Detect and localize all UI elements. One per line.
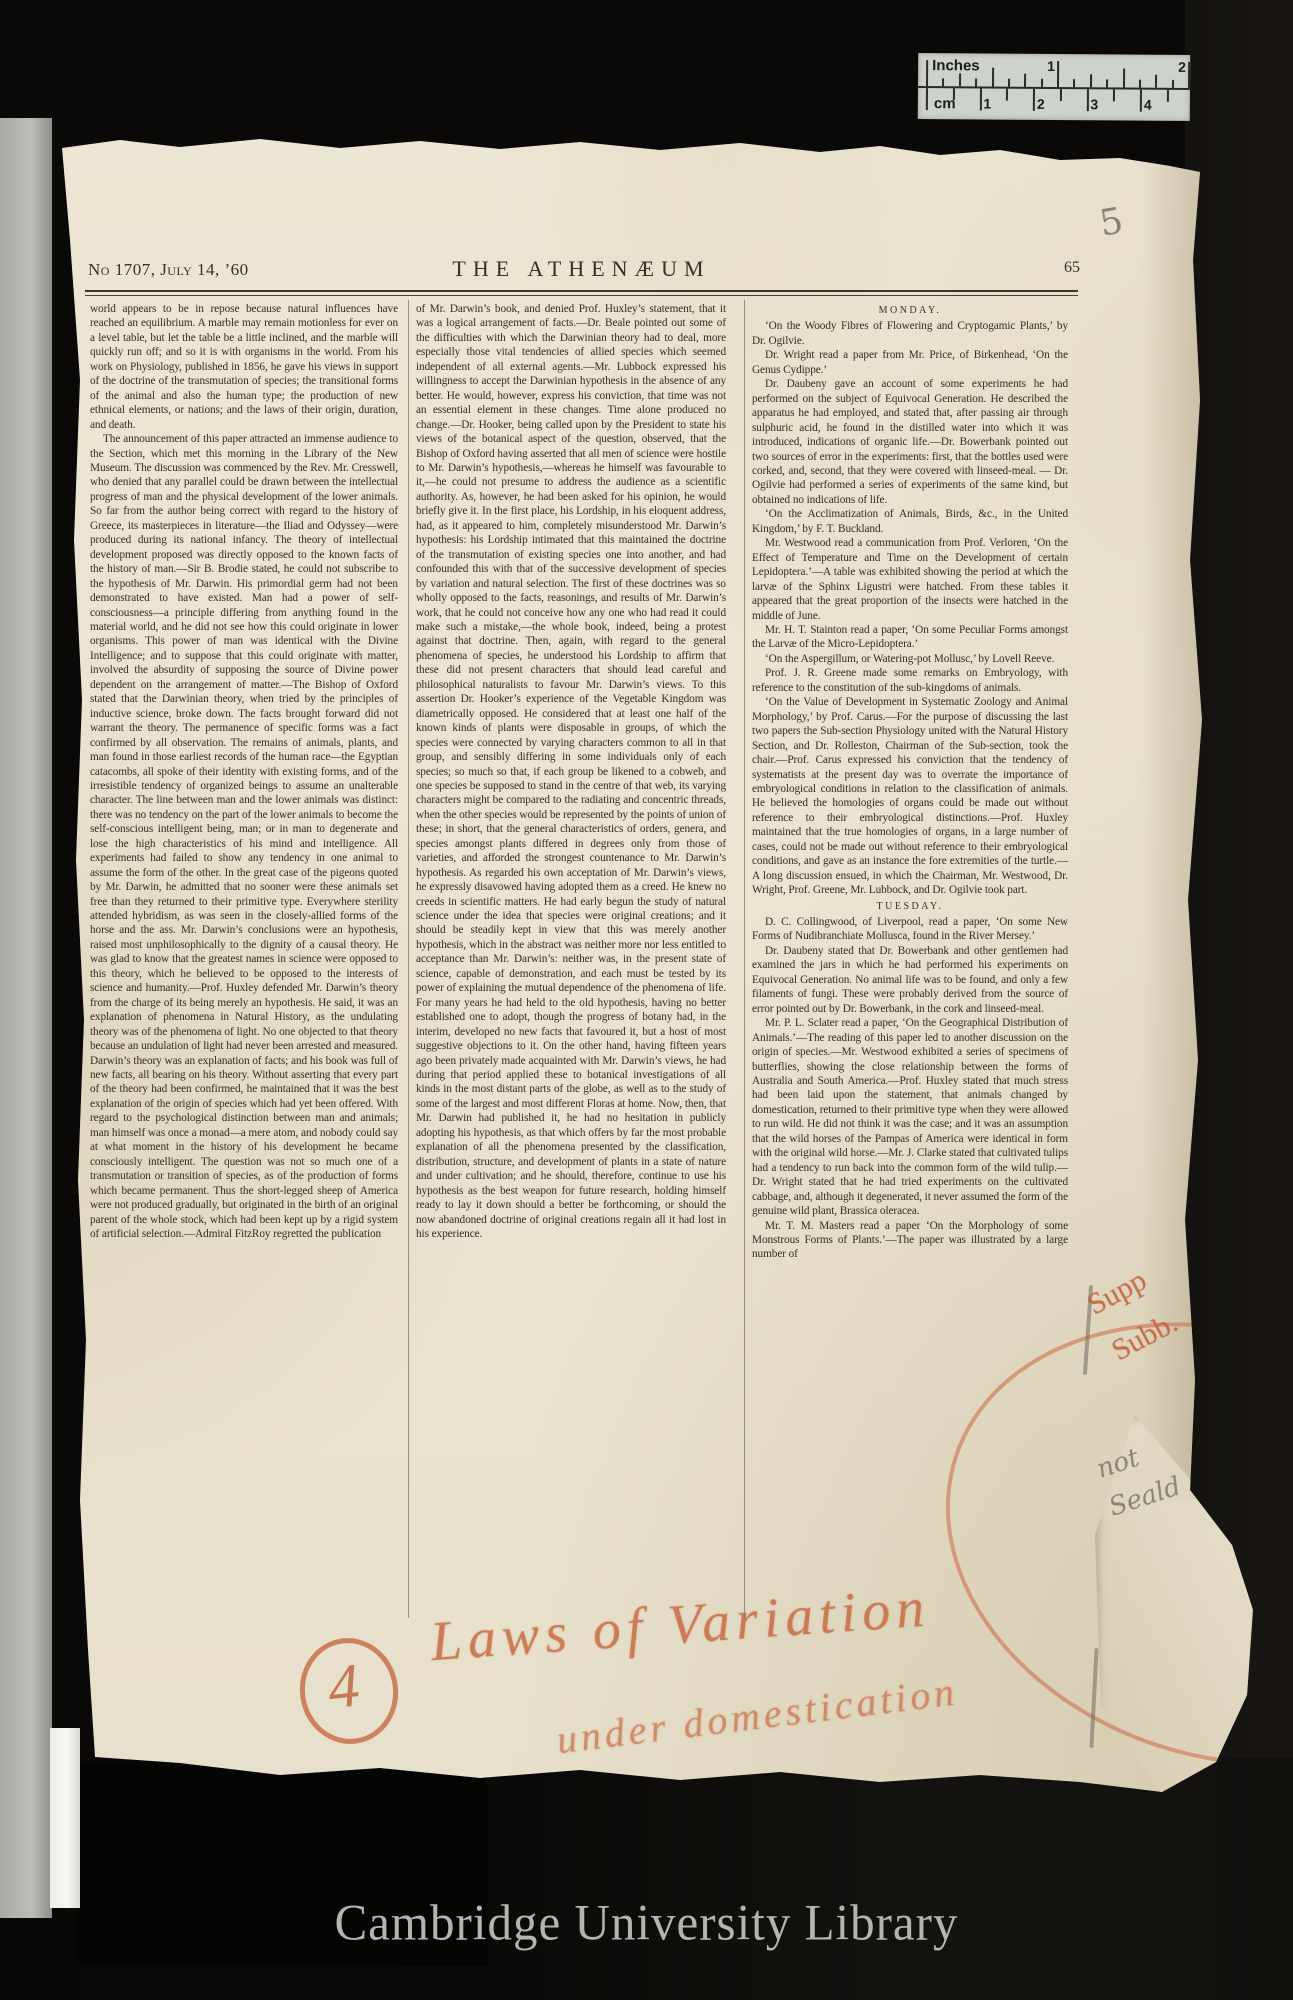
article-paragraph: Dr. Daubeny gave an account of some expe… [752,377,1068,507]
ruler-tick [1060,89,1062,101]
ruler-cm-number: 2 [1037,96,1045,112]
book-edge-white-strip [50,1728,80,1908]
ruler-tick [1140,90,1142,112]
ruler-tick [1073,79,1075,87]
crayon-title-line1: Laws of Variation [429,1566,1072,1674]
ruler-tick [1041,79,1043,87]
article-paragraph: of Mr. Darwin’s book, and denied Prof. H… [416,302,726,1241]
ruler-cm-number: 1 [983,96,991,112]
article-paragraph: Prof. J. R. Greene made some remarks on … [752,666,1068,695]
ruler-tick [1006,89,1008,101]
text-column-1: world appears to be in repose because na… [90,302,398,1241]
crayon-title-line2: under domestication [554,1656,1056,1764]
ruler-midline [918,86,1190,90]
article-paragraph: Dr. Wright read a paper from Mr. Price, … [752,348,1068,377]
masthead-rule-thin [85,295,1078,296]
ruler-tick [1033,89,1035,111]
ruler-cm-number: 4 [1144,97,1152,113]
crayon-number: 4 [325,1650,363,1724]
ruler-cm-number: 3 [1090,96,1098,112]
article-paragraph: ‘On the Aspergillum, or Watering-pot Mol… [752,652,1068,666]
ruler-tick [1155,75,1157,88]
ruler-inches-label: Inches [932,57,980,74]
article-paragraph: Mr. P. L. Sclater read a paper, ‘On the … [752,1016,1068,1218]
book-edge-gray-strip [0,118,52,1918]
ruler-ticks: 1212345 [918,53,1190,55]
scan-canvas: Inches cm 1212345 5 No 1707, July 14, ’6… [0,0,1293,2000]
crayon-circled-number: 4 [292,1630,407,1751]
ruler-tick [975,78,977,86]
ruler-tick [1188,62,1190,88]
ruler-tick [953,88,955,100]
article-paragraph: Mr. H. T. Stainton read a paper, ‘On som… [752,623,1068,652]
ruler-tick [1113,89,1115,101]
library-watermark: Cambridge University Library [0,1893,1293,1952]
photo-scale-ruler: Inches cm 1212345 [918,53,1190,121]
page-number: 65 [1040,259,1080,277]
ruler-tick [1086,89,1088,111]
ruler-tick [1167,90,1169,102]
ruler-tick [926,88,928,110]
masthead-rule-thick [85,290,1078,292]
article-paragraph: ‘On the Value of Development in Systemat… [752,695,1068,897]
article-paragraph: ‘On the Acclimatization of Animals, Bird… [752,507,1068,536]
newspaper-page: 5 No 1707, July 14, ’60 THE ATHENÆUM 65 … [0,0,1293,2000]
column-divider-1 [408,300,409,1618]
ruler-tick [979,88,981,110]
day-heading: MONDAY. [752,304,1068,318]
ruler-tick [1139,80,1141,88]
ruler-tick [959,73,961,86]
article-paragraph: Dr. Daubeny stated that Dr. Bowerbank an… [752,944,1068,1016]
ruler-tick [1024,74,1026,87]
ruler-inch-number: 2 [1178,59,1186,75]
article-paragraph: ‘On the Woody Fibres of Flowering and Cr… [752,319,1068,348]
ruler-tick [1106,79,1108,87]
ruler-tick [1172,80,1174,88]
article-paragraph: world appears to be in repose because na… [90,302,398,432]
ruler-tick [1008,79,1010,87]
article-paragraph: Mr. Westwood read a communication from P… [752,536,1068,623]
column-divider-2 [744,300,745,1618]
day-heading: TUESDAY. [752,900,1068,914]
ruler-inch-number: 1 [1047,58,1055,74]
ruler-tick [942,78,944,86]
ruler-tick [1057,61,1059,87]
journal-title: THE ATHENÆUM [85,256,1078,282]
article-paragraph: The announcement of this paper attracted… [90,432,398,1241]
ruler-tick [1122,68,1124,87]
ruler-tick [926,60,928,86]
ruler-tick [1090,74,1092,87]
article-paragraph: D. C. Collingwood, of Liverpool, read a … [752,915,1068,944]
article-paragraph: Mr. T. M. Masters read a paper ‘On the M… [752,1219,1068,1262]
text-column-2: of Mr. Darwin’s book, and denied Prof. H… [416,302,726,1241]
pencil-page-number: 5 [1097,200,1127,244]
ruler-tick [992,68,994,87]
text-column-3: MONDAY.‘On the Woody Fibres of Flowering… [752,302,1068,1262]
